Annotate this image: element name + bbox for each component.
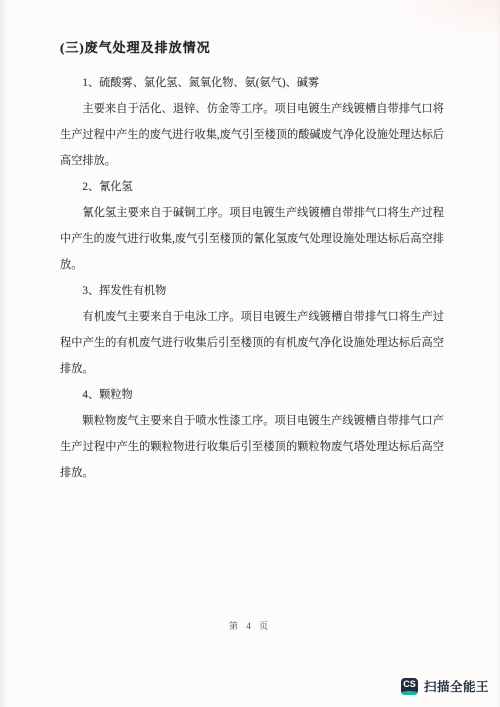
section-heading: 3、挥发性有机物 — [60, 278, 444, 304]
camscanner-badge-text: CS — [403, 678, 416, 691]
section-body: 颗粒物废气主要来自于喷水性漆工序。项目电镀生产线镀槽自带排气口产生产过程中产生的… — [60, 408, 444, 486]
section-hydrogen-cyanide: 2、氰化氢 氰化氢主要来自于碱铜工序。项目电镀生产线镀槽自带排气口将生产过程中产… — [60, 174, 444, 278]
section-heading: 1、硫酸雾、氯化氢、氮氧化物、氨(氨气)、碱雾 — [60, 70, 444, 96]
page-title: (三)废气处理及排放情况 — [60, 38, 444, 58]
camscanner-logo-icon: CS — [401, 678, 418, 695]
camscanner-accent-swoosh — [401, 691, 418, 695]
section-voc: 3、挥发性有机物 有机废气主要来自于电泳工序。项目电镀生产线镀槽自带排气口将生产… — [60, 278, 444, 382]
watermark-label: 扫描全能王 — [424, 677, 489, 695]
page-number: 第 4 页 — [0, 619, 500, 632]
section-heading: 2、氰化氢 — [60, 174, 444, 200]
camscanner-watermark: CS 扫描全能王 — [401, 677, 489, 695]
section-acid-alkali-gas: 1、硫酸雾、氯化氢、氮氧化物、氨(氨气)、碱雾 主要来自于活化、退锌、仿金等工序… — [60, 70, 444, 174]
document-content: (三)废气处理及排放情况 1、硫酸雾、氯化氢、氮氧化物、氨(氨气)、碱雾 主要来… — [60, 38, 444, 486]
section-body: 有机废气主要来自于电泳工序。项目电镀生产线镀槽自带排气口将生产过程中产生的有机废… — [60, 304, 444, 382]
scanned-document-page: (三)废气处理及排放情况 1、硫酸雾、氯化氢、氮氧化物、氨(氨气)、碱雾 主要来… — [0, 0, 500, 707]
section-heading: 4、颗粒物 — [60, 382, 444, 408]
section-body: 氰化氢主要来自于碱铜工序。项目电镀生产线镀槽自带排气口将生产过程中产生的废气进行… — [60, 200, 444, 278]
section-particulate-matter: 4、颗粒物 颗粒物废气主要来自于喷水性漆工序。项目电镀生产线镀槽自带排气口产生产… — [60, 382, 444, 486]
section-body: 主要来自于活化、退锌、仿金等工序。项目电镀生产线镀槽自带排气口将生产过程中产生的… — [60, 96, 444, 174]
